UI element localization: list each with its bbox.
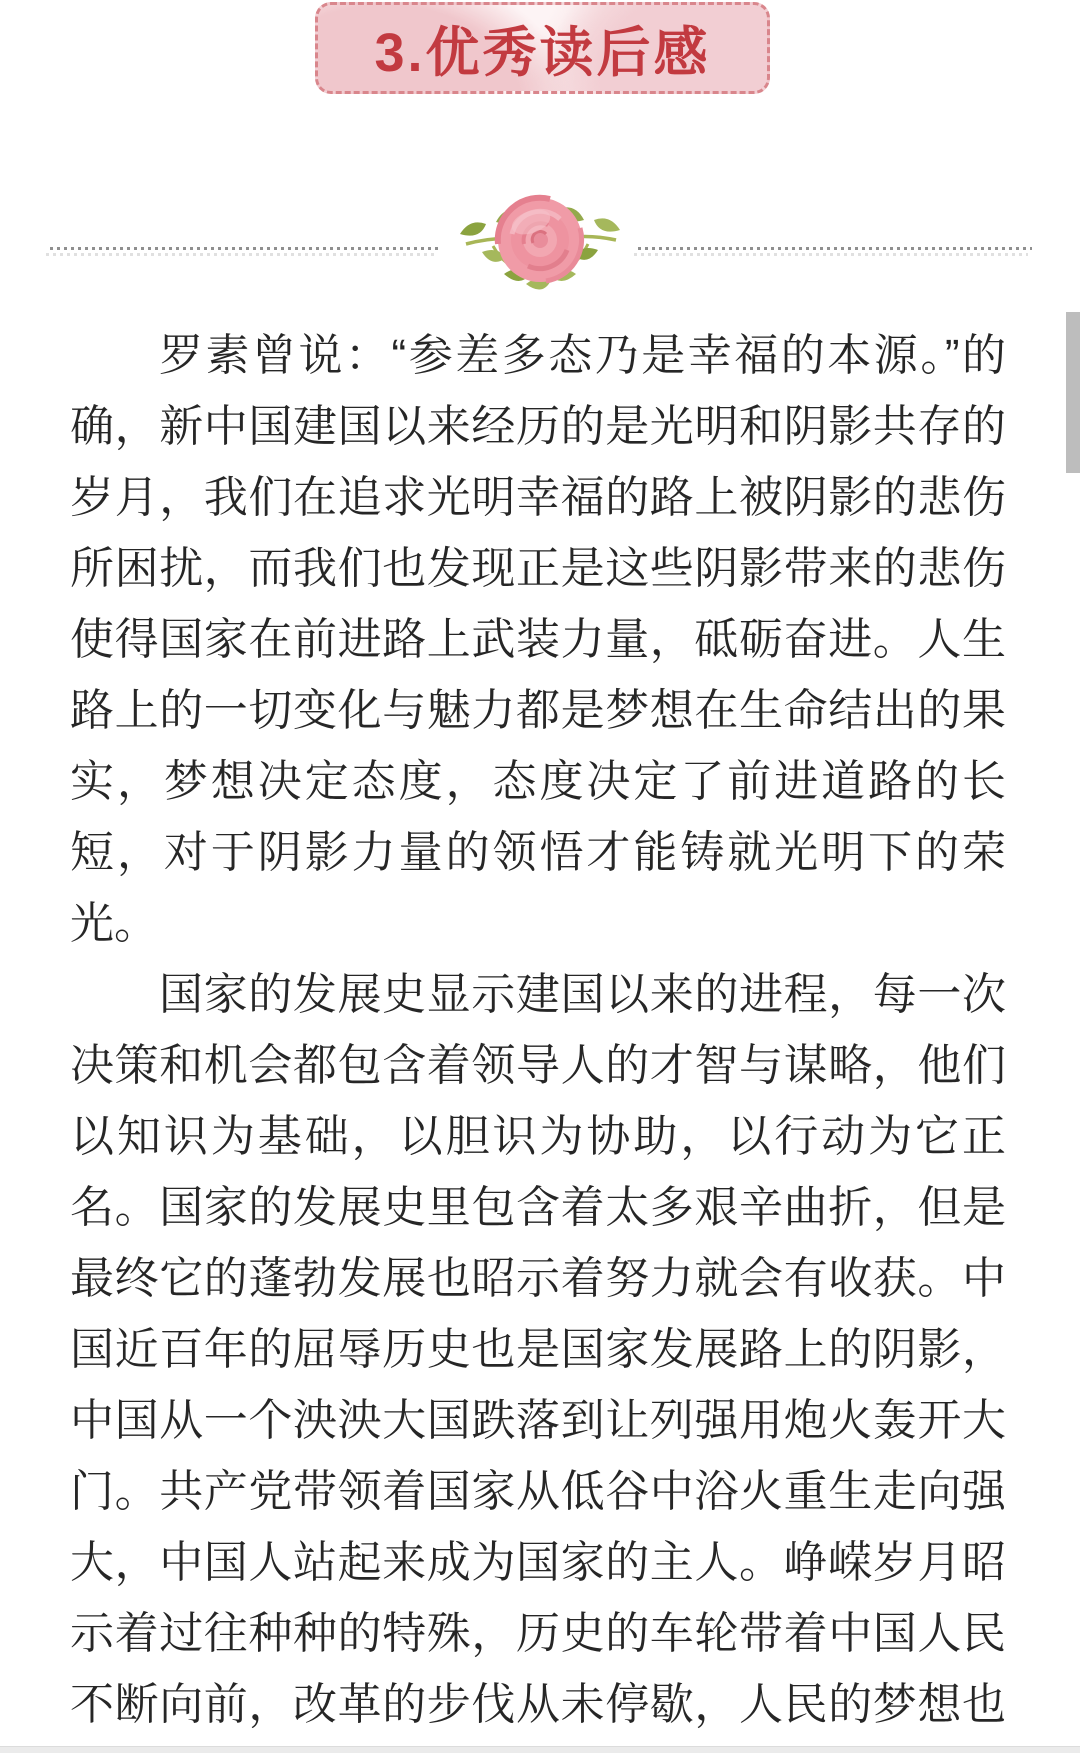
text-line: 岁月，我们在追求光明幸福的路上被阴影的悲伤 [70, 462, 1006, 533]
text-line: 所困扰，而我们也发现正是这些阴影带来的悲伤 [70, 533, 1006, 604]
text-line: 国家的发展史显示建国以来的进程，每一次 [70, 959, 1006, 1030]
section-title-banner: 3.优秀读后感 [315, 2, 770, 94]
text-line: 罗素曾说：“参差多态乃是幸福的本源。”的 [70, 320, 1006, 391]
text-line: 中国从一个泱泱大国跌落到让列强用炮火轰开大 [70, 1385, 1006, 1456]
text-line: 确，新中国建国以来经历的是光明和阴影共存的 [70, 391, 1006, 462]
text-line: 决策和机会都包含着领导人的才智与谋略，他们 [70, 1030, 1006, 1101]
divider-dotted-shadow-left [46, 253, 438, 256]
text-line: 以知识为基础，以胆识为协助，以行动为它正 [70, 1101, 1006, 1172]
text-line: 最终它的蓬勃发展也昭示着努力就会有收获。中 [70, 1243, 1006, 1314]
bottom-bar-edge [0, 1746, 1080, 1753]
text-line: 门。共产党带领着国家从低谷中浴火重生走向强 [70, 1456, 1006, 1527]
text-line: 大，中国人站起来成为国家的主人。峥嵘岁月昭 [70, 1527, 1006, 1598]
scrollbar-thumb[interactable] [1066, 312, 1080, 473]
rose-icon [438, 188, 642, 300]
text-line: 短，对于阴影力量的领悟才能铸就光明下的荣 [70, 817, 1006, 888]
divider-dotted-shadow-right [634, 253, 1028, 256]
divider-dotted-line-left [50, 247, 442, 250]
text-line: 光。 [70, 888, 1006, 959]
text-line: 路上的一切变化与魅力都是梦想在生命结出的果 [70, 675, 1006, 746]
divider-dotted-line-right [638, 247, 1032, 250]
article-body: 罗素曾说：“参差多态乃是幸福的本源。”的确，新中国建国以来经历的是光明和阴影共存… [70, 320, 1006, 1740]
text-line: 不断向前，改革的步伐从未停歇，人民的梦想也 [70, 1669, 1006, 1740]
text-line: 实，梦想决定态度，态度决定了前进道路的长 [70, 746, 1006, 817]
text-line: 使得国家在前进路上武装力量，砥砺奋进。人生 [70, 604, 1006, 675]
text-line: 示着过往种种的特殊，历史的车轮带着中国人民 [70, 1598, 1006, 1669]
text-line: 名。国家的发展史里包含着太多艰辛曲折，但是 [70, 1172, 1006, 1243]
section-title: 3.优秀读后感 [374, 10, 710, 87]
text-line: 国近百年的屈辱历史也是国家发展路上的阴影， [70, 1314, 1006, 1385]
